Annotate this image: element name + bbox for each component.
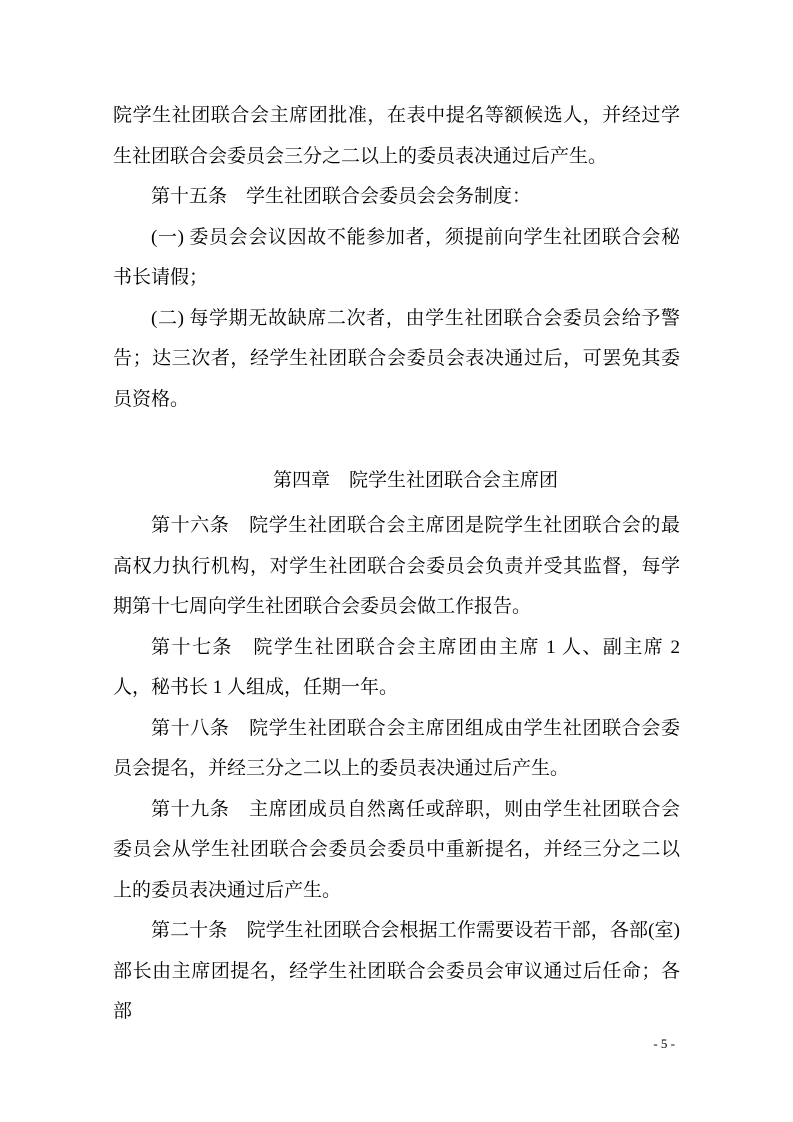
body-paragraph: 第十五条 学生社团联合会委员会会务制度： [113, 177, 680, 218]
list-item-paragraph: (一) 委员会会议因故不能参加者，须提前向学生社团联合会秘书长请假； [113, 218, 680, 299]
page-number: - 5 - [113, 1036, 675, 1052]
body-paragraph: 第十六条 院学生社团联合会主席团是院学生社团联合会的最高权力执行机构，对学生社团… [113, 506, 680, 628]
body-paragraph: 第十九条 主席团成员自然离任或辞职，则由学生社团联合会委员会从学生社团联合会委员… [113, 790, 680, 912]
body-paragraph: 院学生社团联合会主席团批准，在表中提名等额候选人，并经过学生社团联合会委员会三分… [113, 96, 680, 177]
page-content: 院学生社团联合会主席团批准，在表中提名等额候选人，并经过学生社团联合会委员会三分… [113, 96, 680, 1033]
body-paragraph: 第十七条 院学生社团联合会主席团由主席 1 人、副主席 2 人，秘书长 1 人组… [113, 628, 680, 709]
body-paragraph: 第二十条 院学生社团联合会根据工作需要设若干部，各部(室)部长由主席团提名，经学… [113, 911, 680, 1033]
body-paragraph: 第十八条 院学生社团联合会主席团组成由学生社团联合会委员会提名，并经三分之二以上… [113, 709, 680, 790]
list-item-paragraph: (二) 每学期无故缺席二次者，由学生社团联合会委员会给予警告；达三次者，经学生社… [113, 299, 680, 421]
chapter-heading: 第四章 院学生社团联合会主席团 [113, 460, 680, 501]
document-page: 院学生社团联合会主席团批准，在表中提名等额候选人，并经过学生社团联合会委员会三分… [0, 0, 793, 1122]
